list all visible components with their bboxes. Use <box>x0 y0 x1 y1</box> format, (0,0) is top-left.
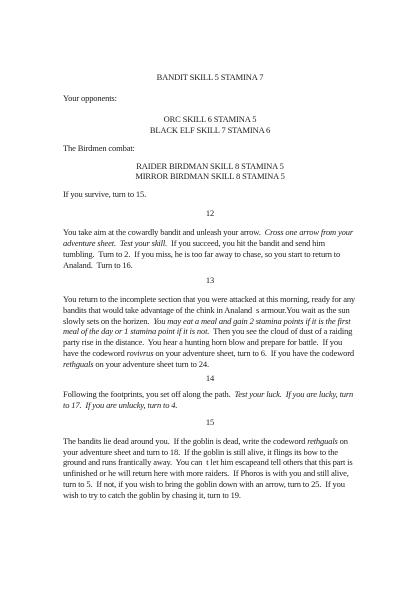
codeword-rethguals: rethguals <box>63 359 93 369</box>
section-12: 12 You take aim at the cowardly bandit a… <box>63 208 357 271</box>
section-13-paragraph: You return to the incomplete section tha… <box>63 294 357 370</box>
bandit-stat-line: BANDIT SKILL 5 STAMINA 7 <box>63 72 357 83</box>
opponent-stat-line-black-elf: BLACK ELF SKILL 7 STAMINA 6 <box>63 125 357 136</box>
text-run: on your adventure sheet turn to 24. <box>93 359 208 369</box>
section-13-number: 13 <box>63 275 357 286</box>
codeword-rovivrus: rovivrus <box>127 348 154 358</box>
section-15-number: 15 <box>63 417 357 428</box>
section-12-number: 12 <box>63 208 357 219</box>
section-15: 15 The bandits lie dead around you. If t… <box>63 417 357 501</box>
text-run: The bandits lie dead around you. If the … <box>63 436 307 446</box>
section-12-paragraph: You take aim at the cowardly bandit and … <box>63 227 357 271</box>
birdmen-label: The Birdmen combat: <box>63 143 357 154</box>
section-14-paragraph: Following the footprints, you set off al… <box>63 389 357 411</box>
section-14: 14 Following the footprints, you set off… <box>63 373 357 411</box>
section-14-number: 14 <box>63 373 357 384</box>
section-13: 13 You return to the incomplete section … <box>63 275 357 370</box>
text-run: You take aim at the cowardly bandit and … <box>63 227 265 237</box>
birdman-stat-line-mirror: MIRROR BIRDMAN SKILL 8 STAMINA 5 <box>63 171 357 182</box>
codeword-rethguals: rethguals <box>307 436 337 446</box>
opponent-stat-line-orc: ORC SKILL 6 STAMINA 5 <box>63 114 357 125</box>
birdman-stat-line-raider: RAIDER BIRDMAN SKILL 8 STAMINA 5 <box>63 161 357 172</box>
document-page: BANDIT SKILL 5 STAMINA 7 Your opponents:… <box>0 0 420 594</box>
section-15-paragraph: The bandits lie dead around you. If the … <box>63 436 357 501</box>
birdmen-list: RAIDER BIRDMAN SKILL 8 STAMINA 5MIRROR B… <box>63 161 357 183</box>
text-run: Following the footprints, you set off al… <box>63 389 235 399</box>
opponents-list: ORC SKILL 6 STAMINA 5BLACK ELF SKILL 7 S… <box>63 114 357 136</box>
text-run: on your adventure sheet, turn to 6. If y… <box>153 348 356 358</box>
survive-line: If you survive, turn to 15. <box>63 189 357 200</box>
opponents-label: Your opponents: <box>63 93 357 104</box>
